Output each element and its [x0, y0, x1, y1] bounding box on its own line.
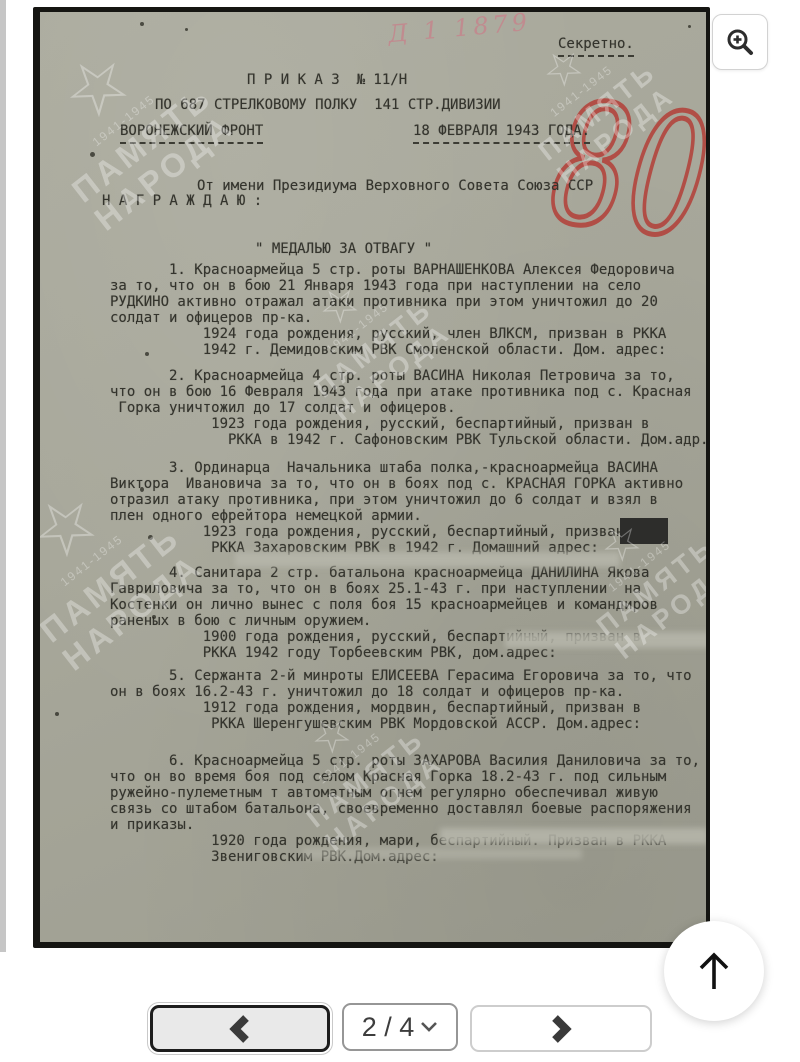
paper-speck: [140, 22, 144, 26]
chevron-right-icon: [548, 1014, 574, 1044]
zoom-in-button[interactable]: [712, 14, 768, 70]
redaction-box: [620, 518, 668, 544]
chevron-down-icon: [420, 1021, 438, 1033]
scroll-to-top-button[interactable]: [664, 921, 764, 1021]
star-outline-icon: ☆: [40, 479, 113, 575]
intro-line-1: От имени Президиума Верховного Совета Со…: [197, 178, 593, 194]
paper-speck: [152, 615, 156, 619]
front-text: ВОРОНЕЖСКИЙ ФРОНТ: [120, 123, 263, 144]
order-subtitle: ПО 687 СТРЕЛКОВОМУ ПОЛКУ 141 СТР.ДИВИЗИИ: [155, 97, 501, 113]
secret-text: Секретно.: [558, 36, 634, 57]
handwritten-red-number: 80: [544, 78, 706, 264]
redaction-blur-2: [505, 632, 706, 648]
next-page-button[interactable]: [470, 1005, 652, 1052]
order-title: П Р И К А З № 11/Н: [247, 72, 407, 88]
paper-speck: [688, 25, 691, 28]
order-paragraph-5: 5. Сержанта 2-й минроты ЕЛИСЕЕВА Герасим…: [110, 668, 692, 732]
document-paper: Д 1 1879 80 Секретно. П Р И К А З № 11/Н…: [40, 12, 706, 942]
medal-heading: " МЕДАЛЬЮ ЗА ОТВАГУ ": [255, 241, 432, 257]
order-paragraph-1: 1. Красноармейца 5 стр. роты ВАРНАШЕНКОВ…: [110, 262, 675, 358]
front-label: ВОРОНЕЖСКИЙ ФРОНТ: [120, 123, 263, 139]
paper-speck: [148, 535, 153, 540]
date-text: 18 ФЕВРАЛЯ 1943 ГОДА.: [413, 123, 590, 144]
intro-line-2: Н А Г Р А Ж Д А Ю :: [102, 193, 262, 209]
paper-speck: [185, 28, 188, 31]
redaction-blur-3: [440, 828, 706, 844]
document-scan: Д 1 1879 80 Секретно. П Р И К А З № 11/Н…: [33, 7, 710, 948]
viewer-left-border: [0, 0, 6, 952]
redaction-blur-4: [302, 848, 582, 859]
paper-speck: [55, 712, 59, 716]
paper-speck: [90, 152, 95, 157]
date-label: 18 ФЕВРАЛЯ 1943 ГОДА.: [413, 123, 590, 139]
secret-label: Секретно.: [558, 36, 634, 52]
redaction-blur-1: [235, 552, 620, 567]
handwritten-archive-note: Д 1 1879: [387, 12, 532, 48]
paper-speck: [145, 352, 149, 356]
star-outline-icon: ☆: [50, 39, 145, 135]
arrow-up-icon: [690, 947, 738, 995]
order-paragraph-2: 2. Красноармейца 4 стр. роты ВАСИНА Нико…: [110, 368, 706, 448]
page-indicator: 2 / 4: [362, 1012, 415, 1043]
previous-page-button[interactable]: [150, 1005, 330, 1052]
order-paragraph-3: 3. Ординарца Начальника штаба полка,-кра…: [110, 460, 683, 556]
page-select[interactable]: 2 / 4: [342, 1003, 458, 1051]
zoom-in-icon: [724, 26, 756, 58]
chevron-left-icon: [227, 1014, 253, 1044]
paper-speck: [140, 487, 144, 492]
